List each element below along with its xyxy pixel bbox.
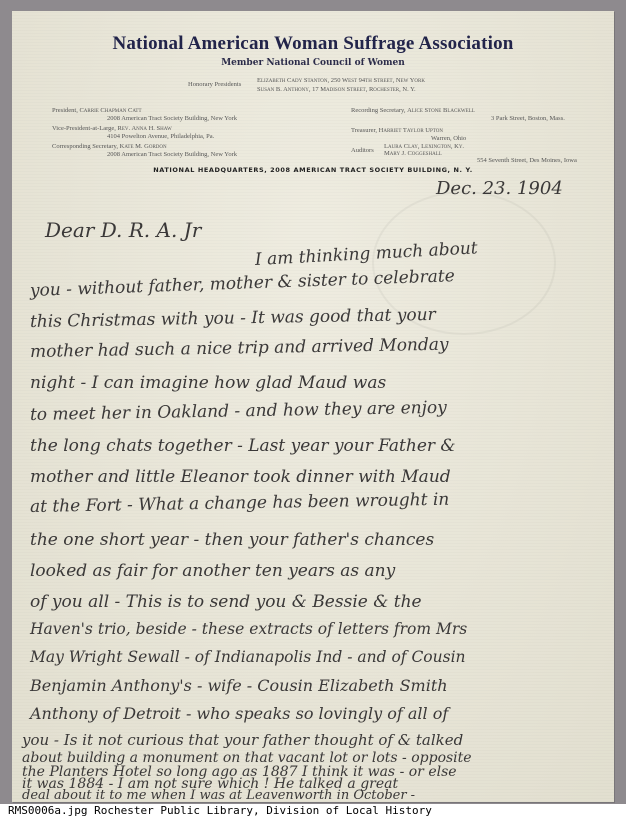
body-line: Anthony of Detroit - who speaks so lovin… (30, 704, 448, 723)
officer-name: Rev. Anna H. Shaw (118, 125, 172, 132)
letter-date: Dec. 23. 1904 (436, 178, 563, 199)
officer-title: President, (52, 107, 78, 114)
body-line: mother and little Eleanor took dinner wi… (30, 467, 451, 487)
letterhead-subtitle: Member National Council of Women (0, 58, 626, 68)
body-line: Benjamin Anthony's - wife - Cousin Eliza… (30, 676, 448, 695)
officer-name: Kate M. Gordon (120, 143, 167, 150)
officer-address: 2008 American Tract Society Building, Ne… (107, 115, 237, 123)
auditor-2: Mary J. Coggeshall (384, 150, 442, 158)
body-line: looked as fair for another ten years as … (30, 561, 395, 581)
body-line: of you all - This is to send you & Bessi… (30, 592, 422, 612)
officer-address: 4104 Powelton Avenue, Philadelphia, Pa. (107, 133, 214, 141)
image-caption: RMS0006a.jpg Rochester Public Library, D… (8, 804, 432, 817)
body-line: Haven's trio, beside - these extracts of… (30, 620, 467, 638)
officer-address: 3 Park Street, Boston, Mass. (491, 115, 565, 123)
officer-name: Alice Stone Blackwell (407, 107, 475, 114)
officer-title: Corresponding Secretary, (52, 143, 118, 150)
officer-name: Harriet Taylor Upton (379, 127, 443, 134)
honorary-president-2: Susan B. Anthony, 17 Madison Street, Roc… (257, 86, 416, 94)
auditors-address: 554 Seventh Street, Des Moines, Iowa (477, 157, 577, 165)
officer-address: Warren, Ohio (431, 135, 466, 143)
officer-title: Vice-President-at-Large, (52, 125, 116, 132)
honorary-president-1: Elizabeth Cady Stanton, 250 West 94th St… (257, 77, 425, 85)
salutation: Dear D. R. A. Jr (45, 218, 201, 242)
auditors-label: Auditors (351, 147, 374, 155)
officer-title: Recording Secretary, (351, 107, 405, 114)
body-line: you - Is it not curious that your father… (22, 731, 463, 749)
letterhead-title: National American Woman Suffrage Associa… (0, 33, 626, 55)
honorary-presidents-label: Honorary Presidents (188, 81, 241, 89)
body-line: the long chats together - Last year your… (30, 436, 456, 456)
body-line: the one short year - then your father's … (30, 530, 434, 550)
body-line: May Wright Sewall - of Indianapolis Ind … (30, 648, 466, 666)
officer-address: 2008 American Tract Society Building, Ne… (107, 151, 237, 159)
headquarters-line: NATIONAL HEADQUARTERS, 2008 AMERICAN TRA… (0, 166, 626, 174)
officer-name: Carrie Chapman Catt (79, 107, 141, 114)
body-line: night - I can imagine how glad Maud was (30, 373, 386, 393)
officer-title: Treasurer, (351, 127, 377, 134)
body-line: deal about it to me when I was at Leaven… (22, 788, 415, 803)
